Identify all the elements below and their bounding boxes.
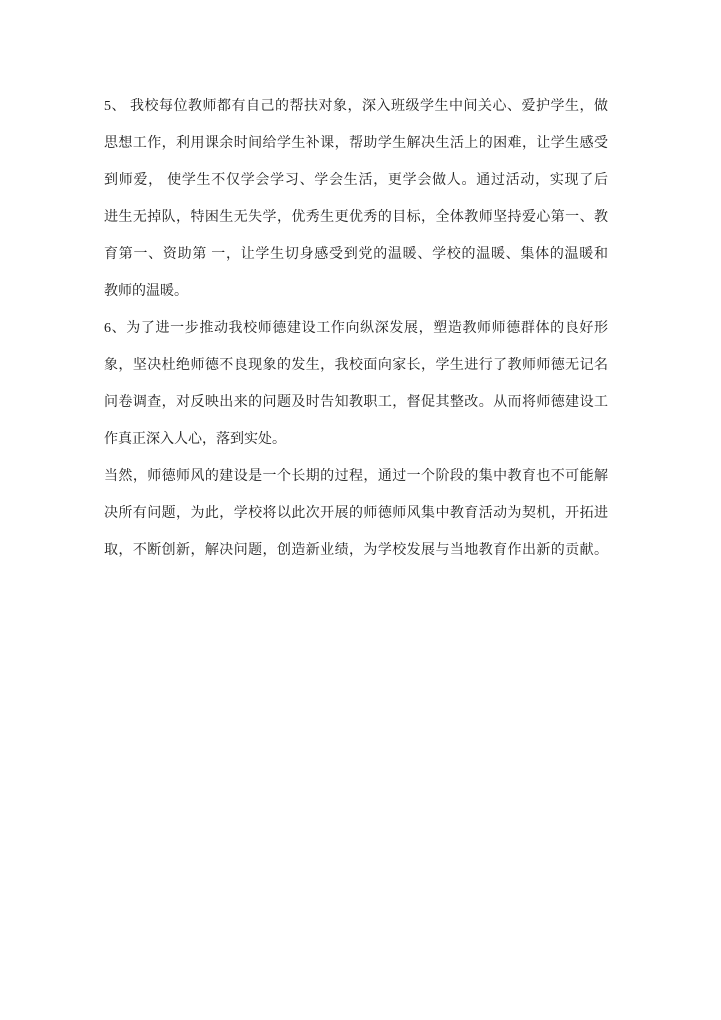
text-line: 到师爱， 使学生不仅学会学习、学会生活，更学会做人。通过活动，实现了后: [104, 162, 608, 199]
text-line: 取，不断创新，解决问题，创造新业绩，为学校发展与当地教育作出新的贡献。: [104, 532, 608, 569]
text-line: 决所有问题，为此，学校将以此次开展的师德师风集中教育活动为契机，开拓进: [104, 495, 608, 532]
text-line: 思想工作，利用课余时间给学生补课，帮助学生解决生活上的困难，让学生感受: [104, 125, 608, 162]
text-line: 问卷调查，对反映出来的问题及时告知教职工，督促其整改。从而将师德建设工: [104, 384, 608, 421]
text-line: 作真正深入人心，落到实处。: [104, 421, 608, 458]
text-line: 6、为了进一步推动我校师德建设工作向纵深发展，塑造教师师德群体的良好形: [104, 310, 608, 347]
paragraph-item-5: 5、 我校每位教师都有自己的帮扶对象，深入班级学生中间关心、爱护学生，做 思想工…: [104, 88, 608, 310]
paragraph-conclusion: 当然，师德师风的建设是一个长期的过程，通过一个阶段的集中教育也不可能解 决所有问…: [104, 458, 608, 569]
document-text: 5、 我校每位教师都有自己的帮扶对象，深入班级学生中间关心、爱护学生，做 思想工…: [104, 88, 608, 569]
text-line: 育第一、资助第 一，让学生切身感受到党的温暖、学校的温暖、集体的温暖和: [104, 236, 608, 273]
text-line: 象，坚决杜绝师德不良现象的发生，我校面向家长，学生进行了教师师德无记名: [104, 347, 608, 384]
text-line: 当然，师德师风的建设是一个长期的过程，通过一个阶段的集中教育也不可能解: [104, 458, 608, 495]
paragraph-item-6: 6、为了进一步推动我校师德建设工作向纵深发展，塑造教师师德群体的良好形 象，坚决…: [104, 310, 608, 458]
text-line: 5、 我校每位教师都有自己的帮扶对象，深入班级学生中间关心、爱护学生，做: [104, 88, 608, 125]
text-line: 教师的温暖。: [104, 273, 608, 310]
text-line: 进生无掉队，特困生无失学，优秀生更优秀的目标，全体教师坚持爱心第一、教: [104, 199, 608, 236]
document-page: 5、 我校每位教师都有自己的帮扶对象，深入班级学生中间关心、爱护学生，做 思想工…: [0, 0, 721, 1020]
